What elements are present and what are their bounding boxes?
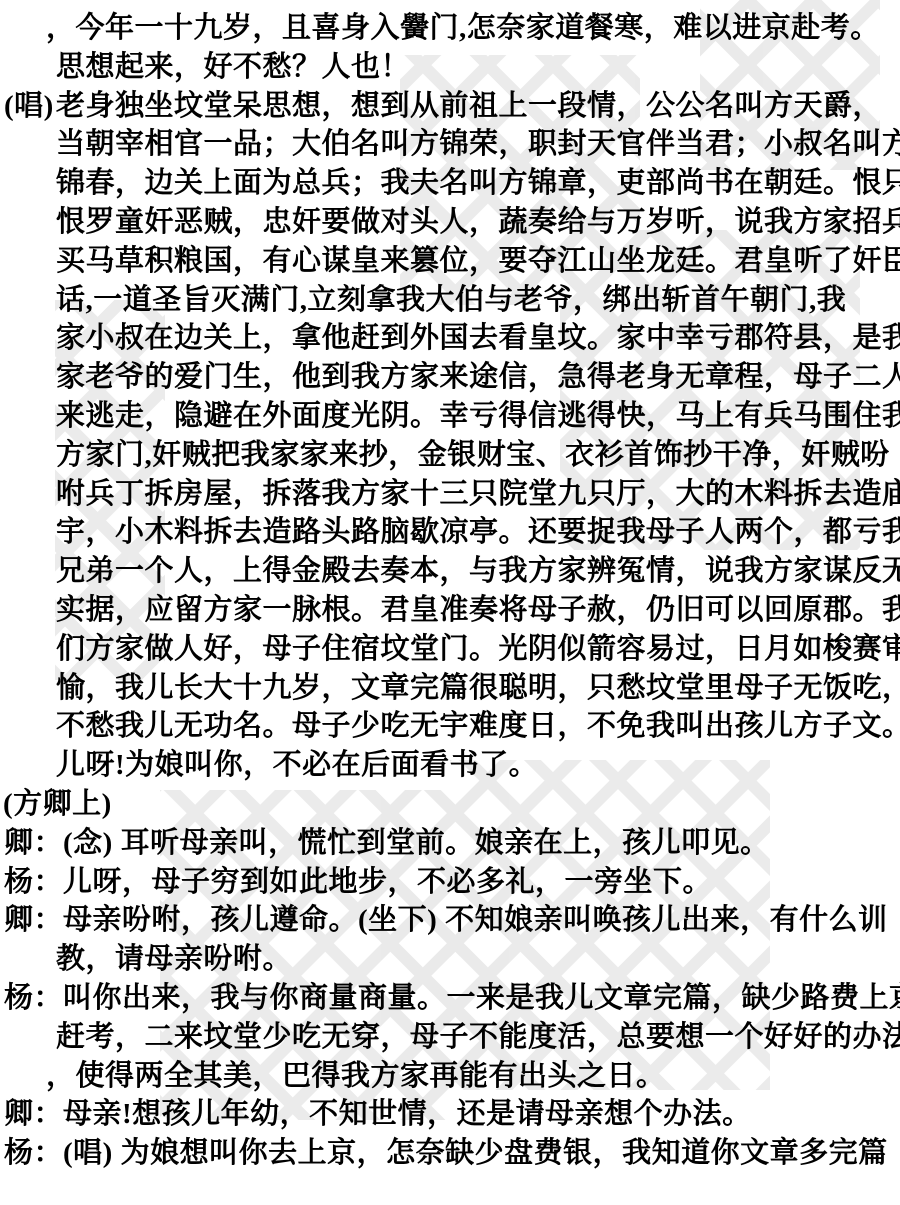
line-text: 来逃走，隐避在外面度光阴。幸亏得信逃得快，马上有兵马围住我 [56,400,900,432]
dialogue-line: 卿：母亲吩咐，孩儿遵命。(坐下) 不知娘亲叫唤孩儿出来，有什么训 [0,901,900,940]
line-text: 教，请母亲吩咐。 [56,943,292,975]
script-line: 兄弟一个人，上得金殿去奏本，与我方家辨冤情，说我方家谋反无 [0,552,900,591]
line-text: 家小叔在边关上，拿他赶到外国去看皇坟。家中幸亏郡符县，是我 [56,322,900,354]
dialogue-line: 杨：叫你出来，我与你商量商量。一来是我儿文章完篇，缺少路费上京 [0,979,900,1018]
line-text: 买马草积粮国，有心谋皇来篡位，要夺江山坐龙廷。君皇听了奸臣 [56,245,900,277]
line-text: 思想起来，好不愁？人也！ [56,51,410,83]
line-text: 实据，应留方家一脉根。君皇准奏将母子赦，仍旧可以回原郡。我 [56,594,900,626]
line-text: ，使得两全其美，巴得我方家再能有出头之日。 [46,1060,666,1092]
dialogue-line: (唱)老身独坐坟堂呆思想，想到从前祖上一段情，公公名叫方天爵， [0,87,900,126]
line-text: 叫你出来，我与你商量商量。一来是我儿文章完篇，缺少路费上京 [63,982,900,1014]
script-line: 宇，小木料拆去造路头路脑歇凉亭。还要捉我母子人两个，都亏我 [0,513,900,552]
script-line: 思想起来，好不愁？人也！ [0,48,900,87]
script-line: 锦春，边关上面为总兵；我夫名叫方锦章，吏部尚书在朝廷。恨只 [0,164,900,203]
script-line: 们方家做人好，母子住宿坟堂门。光阴似箭容易过，日月如梭赛审 [0,630,900,669]
line-text: 们方家做人好，母子住宿坟堂门。光阴似箭容易过，日月如梭赛审 [56,633,900,665]
stage-direction: (方卿上) [0,785,900,824]
script-line: 家小叔在边关上，拿他赶到外国去看皇坟。家中幸亏郡符县，是我 [0,319,900,358]
line-text: 老身独坐坟堂呆思想，想到从前祖上一段情，公公名叫方天爵， [56,90,882,122]
dialogue-line: 杨：儿呀，母子穷到如此地步，不必多礼，一旁坐下。 [0,863,900,902]
script-line: 愉，我儿长大十九岁，文章完篇很聪明，只愁坟堂里母子无饭吃， [0,669,900,708]
line-text: 赶考，二来坟堂少吃无穿，母子不能度活，总要想一个好好的办法 [56,1021,900,1053]
speaker-label: 卿： [0,901,63,940]
speaker-label: 杨： [0,1134,63,1173]
line-text: 愉，我儿长大十九岁，文章完篇很聪明，只愁坟堂里母子无饭吃， [56,672,900,704]
script-line: 赶考，二来坟堂少吃无穿，母子不能度活，总要想一个好好的办法 [0,1018,900,1057]
line-text: 不愁我儿无功名。母子少吃无宇难度日，不免我叫出孩儿方子文。 [56,710,900,742]
script-line: 来逃走，隐避在外面度光阴。幸亏得信逃得快，马上有兵马围住我 [0,397,900,436]
speaker-label: (唱) [0,87,56,126]
line-text: 话,一道圣旨灭满门,立刻拿我大伯与老爷，绑出斩首午朝门,我 [56,284,846,316]
script-line: 家老爷的爱门生，他到我方家来途信，急得老身无章程，母子二人 [0,358,900,397]
script-page: ，今年一十九岁，且喜身入黌门,怎奈家道餐寒，难以进京赴考。思想起来，好不愁？人也… [0,0,900,1173]
line-text: 当朝宰相官一品；大伯名叫方锦荣，职封天官伴当君；小叔名叫方 [56,128,900,160]
script-line: 买马草积粮国，有心谋皇来篡位，要夺江山坐龙廷。君皇听了奸臣 [0,242,900,281]
speaker-label: 卿： [0,824,63,863]
script-line: ，使得两全其美，巴得我方家再能有出头之日。 [0,1057,900,1096]
dialogue-line: 卿：母亲!想孩儿年幼，不知世情，还是请母亲想个办法。 [0,1095,900,1134]
line-text: (唱) 为娘想叫你去上京，怎奈缺少盘费银，我知道你文章多完篇 [63,1137,888,1169]
line-text: ，今年一十九岁，且喜身入黌门,怎奈家道餐寒，难以进京赴考。 [46,12,880,44]
script-line: ，今年一十九岁，且喜身入黌门,怎奈家道餐寒，难以进京赴考。 [0,9,900,48]
line-text: (念) 耳听母亲叫，慌忙到堂前。娘亲在上，孩儿叩见。 [63,827,770,859]
line-text: 方家门,奸贼把我家家来抄，金银财宝、衣衫首饰抄干净，奸贼吩 [56,439,890,471]
script-line: 方家门,奸贼把我家家来抄，金银财宝、衣衫首饰抄干净，奸贼吩 [0,436,900,475]
dialogue-line: 卿：(念) 耳听母亲叫，慌忙到堂前。娘亲在上，孩儿叩见。 [0,824,900,863]
script-line: 咐兵丁拆房屋，拆落我方家十三只院堂九只厅，大的木料拆去造庙 [0,475,900,514]
script-line: 当朝宰相官一品；大伯名叫方锦荣，职封天官伴当君；小叔名叫方 [0,125,900,164]
line-text: 咐兵丁拆房屋，拆落我方家十三只院堂九只厅，大的木料拆去造庙 [56,478,900,510]
speaker-label: 杨： [0,863,63,902]
line-text: 宇，小木料拆去造路头路脑歇凉亭。还要捉我母子人两个，都亏我 [56,516,900,548]
script-line: 教，请母亲吩咐。 [0,940,900,979]
line-text: 儿呀，母子穷到如此地步，不必多礼，一旁坐下。 [63,866,712,898]
line-text: 兄弟一个人，上得金殿去奏本，与我方家辨冤情，说我方家谋反无 [56,555,900,587]
script-line: 实据，应留方家一脉根。君皇准奏将母子赦，仍旧可以回原郡。我 [0,591,900,630]
script-line: 儿呀!为娘叫你，不必在后面看书了。 [0,746,900,785]
line-text: 锦春，边关上面为总兵；我夫名叫方锦章，吏部尚书在朝廷。恨只 [56,167,900,199]
line-text: 母亲吩咐，孩儿遵命。(坐下) 不知娘亲叫唤孩儿出来，有什么训 [63,904,888,936]
line-text: 恨罗童奸恶贼，忠奸要做对头人，蔬奏给与万岁听，说我方家招兵 [56,206,900,238]
script-line: 不愁我儿无功名。母子少吃无宇难度日，不免我叫出孩儿方子文。 [0,707,900,746]
script-line: 话,一道圣旨灭满门,立刻拿我大伯与老爷，绑出斩首午朝门,我 [0,281,900,320]
line-text: (方卿上) [3,788,112,820]
line-text: 母亲!想孩儿年幼，不知世情，还是请母亲想个办法。 [63,1098,752,1130]
speaker-label: 杨： [0,979,63,1018]
dialogue-line: 杨：(唱) 为娘想叫你去上京，怎奈缺少盘费银，我知道你文章多完篇 [0,1134,900,1173]
script-line: 恨罗童奸恶贼，忠奸要做对头人，蔬奏给与万岁听，说我方家招兵 [0,203,900,242]
line-text: 家老爷的爱门生，他到我方家来途信，急得老身无章程，母子二人 [56,361,900,393]
speaker-label: 卿： [0,1095,63,1134]
line-text: 儿呀!为娘叫你，不必在后面看书了。 [56,749,538,781]
